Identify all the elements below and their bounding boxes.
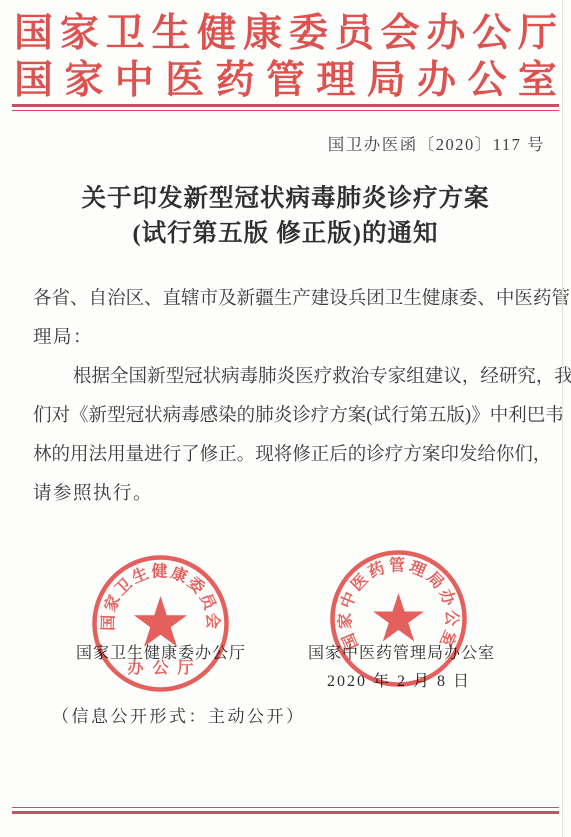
- letterhead-line-2: 国家中医药管理局办公室: [14, 57, 557, 104]
- body-line: 根据全国新型冠状病毒肺炎医疗救治专家组建议，经研究，我: [33, 358, 538, 397]
- body-line: 各省、自治区、直辖市及新疆生产建设兵团卫生健康委、中医药管: [33, 280, 538, 319]
- signature-date: 2020 年 2 月 8 日: [308, 668, 490, 691]
- document-number: 国卫办医函〔2020〕117 号: [328, 131, 545, 155]
- body-line: 们对《新型冠状病毒感染的肺炎诊疗方案(试行第五版)》中利巴韦: [33, 397, 538, 436]
- disclosure-note: （信息公开形式：主动公开）: [52, 702, 306, 727]
- health-commission-seal: 国家卫生健康委员会 办公厅: [88, 551, 233, 696]
- document-page: 国家卫生健康委员会办公厅 国家中医药管理局办公室 国卫办医函〔2020〕117 …: [0, 0, 571, 837]
- letterhead: 国家卫生健康委员会办公厅 国家中医药管理局办公室: [14, 10, 557, 104]
- letterhead-double-rule: [12, 104, 559, 111]
- notice-title-line-1: 关于印发新型冠状病毒肺炎诊疗方案: [0, 181, 571, 216]
- signer-name-left: 国家卫生健康委办公厅: [60, 640, 262, 663]
- notice-title: 关于印发新型冠状病毒肺炎诊疗方案 (试行第五版 修正版)的通知: [0, 181, 571, 251]
- body-line: 理局：: [33, 319, 538, 358]
- body-line: 林的用法用量进行了修正。现将修正后的诊疗方案印发给你们，: [33, 436, 538, 475]
- letterhead-line-1: 国家卫生健康委员会办公厅: [14, 10, 557, 57]
- notice-body: 各省、自治区、直辖市及新疆生产建设兵团卫生健康委、中医药管 理局： 根据全国新型…: [33, 280, 538, 514]
- signer-name-right: 国家中医药管理局办公室: [308, 640, 490, 663]
- notice-title-line-2: (试行第五版 修正版)的通知: [0, 216, 571, 251]
- footer-double-rule: [12, 807, 559, 814]
- body-line: 请参照执行。: [33, 475, 538, 514]
